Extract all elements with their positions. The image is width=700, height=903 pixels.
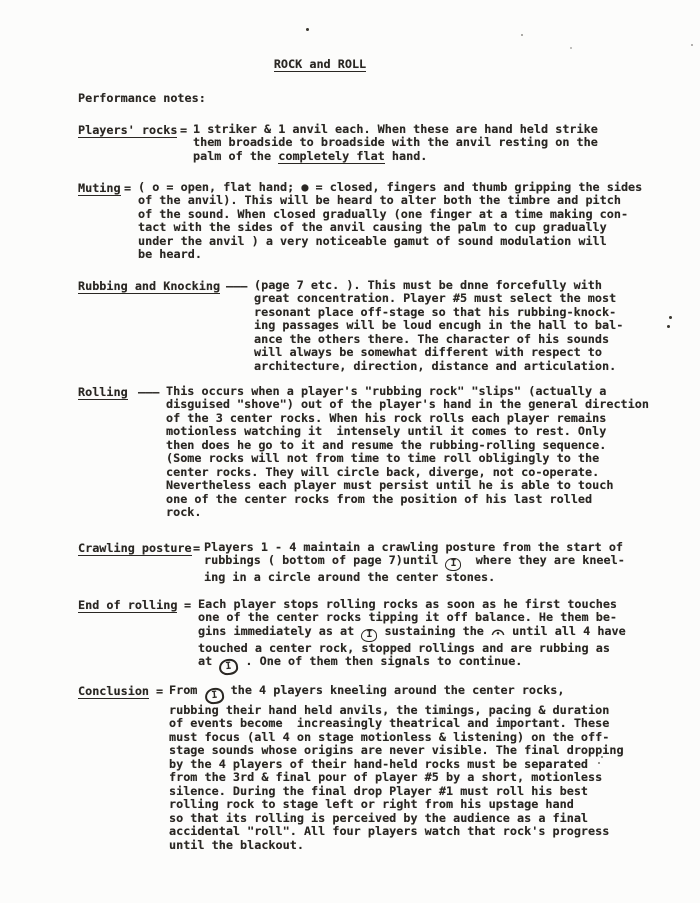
circled-I-symbol: I <box>219 658 240 676</box>
section-heading: Rubbing and Knocking <box>78 279 220 294</box>
title-block: ROCK and ROLL <box>0 57 640 71</box>
text-line: one of the center rocks from the positio… <box>166 493 649 506</box>
section-heading: Rolling <box>78 385 128 400</box>
text-line: rock. <box>166 506 649 519</box>
ink-speck <box>570 47 572 49</box>
text-line: palm of the completely flat hand. <box>193 150 598 163</box>
ink-speck <box>306 28 309 31</box>
text-line: disguised "shove") out of the player's h… <box>166 398 649 411</box>
ink-speck <box>667 325 670 328</box>
text-segment: rubbings ( bottom of page 7)until <box>204 553 445 567</box>
text-line: rolling rock to stage left or right from… <box>169 798 624 811</box>
ink-speck <box>691 44 693 46</box>
text-line: one of the center rocks tipping it off b… <box>198 611 626 624</box>
text-line: will always be somewhat different with r… <box>254 346 623 359</box>
equals-separator: = <box>180 123 187 137</box>
text-segment: From <box>169 683 205 697</box>
section-heading: End of rolling <box>78 598 177 613</box>
equals-separator: = <box>156 684 163 698</box>
equals-separator: = <box>184 598 191 612</box>
dash-separator: ——— <box>226 279 247 293</box>
text-line: them broadside to broadside with the anv… <box>193 136 598 149</box>
text-segment: at <box>198 654 219 668</box>
text-segment: gins immediately as at <box>198 624 361 638</box>
dash-separator: ——— <box>138 385 159 399</box>
text-line: Nevertheless each player must persist un… <box>166 479 649 492</box>
text-line: be heard. <box>138 248 642 261</box>
text-line: motionless watching it intensely until i… <box>166 425 649 438</box>
text-line: ing in a circle around the center stones… <box>204 571 625 584</box>
equals-separator: = <box>124 181 131 195</box>
section-heading: Players' rocks <box>78 123 177 138</box>
text-line: From I the 4 players kneeling around the… <box>169 684 624 704</box>
ink-speck <box>669 316 672 319</box>
text-line: at I . One of them then signals to conti… <box>198 655 626 675</box>
text-line: of the anvil). This will be heard to alt… <box>138 194 642 207</box>
text-line: of events become increasingly theatrical… <box>169 717 624 730</box>
text-line: stage sounds whose origins are never vis… <box>169 744 624 757</box>
text-segment: the 4 players kneeling around the center… <box>224 683 565 697</box>
underlined-phrase: completely flat <box>278 149 385 164</box>
section-heading: Muting <box>78 181 121 196</box>
text-segment: where they are kneel- <box>461 553 624 567</box>
text-line: from the 3rd & final pour of player #5 b… <box>169 771 624 784</box>
text-line: accidental "roll". All four players watc… <box>169 825 624 838</box>
page-title: ROCK and ROLL <box>274 57 366 72</box>
fermata-icon <box>491 626 505 639</box>
text-line: rubbings ( bottom of page 7)until I wher… <box>204 554 625 571</box>
text-segment: . One of them then signals to continue. <box>238 654 522 668</box>
intro-line: Performance notes: <box>78 91 206 105</box>
text-segment: hand. <box>385 149 428 163</box>
text-segment: palm of the <box>193 149 278 163</box>
text-line: gins immediately as at I sustaining the … <box>198 625 626 642</box>
text-line: architecture, direction, distance and ar… <box>254 360 623 373</box>
text-line: ing passages will be loud encugh in the … <box>254 319 623 332</box>
circled-I-symbol: I <box>361 629 377 642</box>
text-line: under the anvil ) a very noticeable gamu… <box>138 235 642 248</box>
text-segment: sustaining the <box>377 624 491 638</box>
text-line: until the blackout. <box>169 839 624 852</box>
equals-separator: = <box>193 541 200 555</box>
section-heading: Conclusion <box>78 684 149 699</box>
text-line: (Some rocks will not from time to time r… <box>166 452 649 465</box>
section-heading: Crawling posture <box>78 541 192 556</box>
ink-speck <box>521 34 523 36</box>
text-segment: until all 4 have <box>505 624 626 638</box>
text-line: great concentration. Player #5 must sele… <box>254 292 623 305</box>
scanned-page: ROCK and ROLL Performance notes: Players… <box>0 0 700 903</box>
text-line: tact with the sides of the anvil causing… <box>138 221 642 234</box>
